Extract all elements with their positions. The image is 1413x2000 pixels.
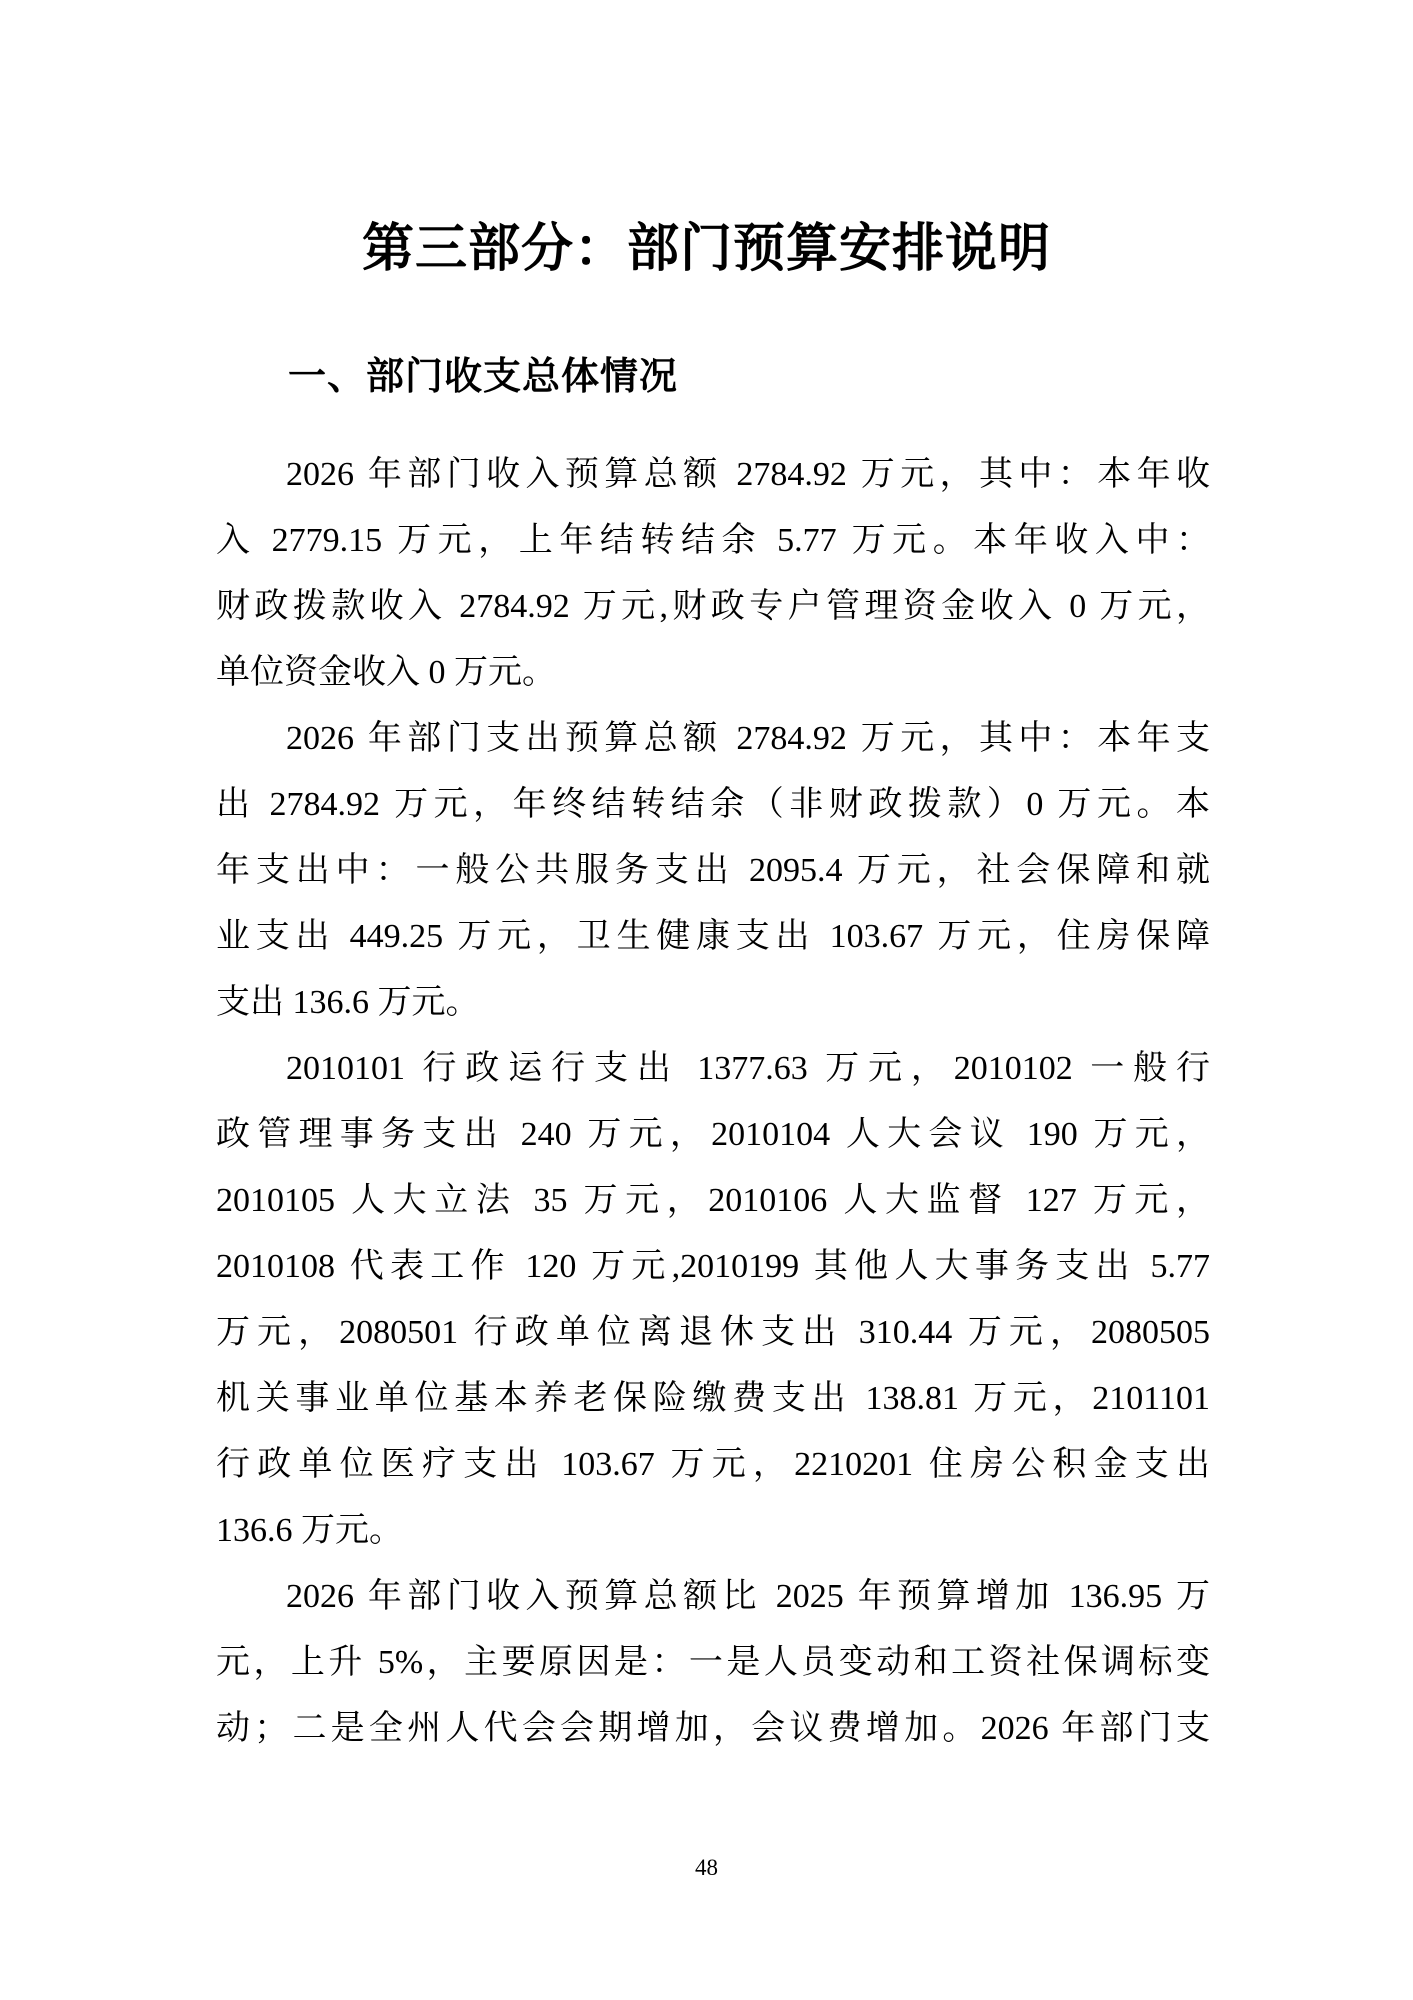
text-line: 出 2784.92 万元，年终结转结余（非财政拨款）0 万元。本	[216, 772, 1210, 838]
document-page: 第三部分：部门预算安排说明 一、部门收支总体情况 2026 年部门收入预算总额 …	[0, 0, 1413, 2000]
text-line: 入 2779.15 万元，上年结转结余 5.77 万元。本年收入中：	[216, 508, 1210, 574]
paragraph-budget-items: 2010101 行政运行支出 1377.63 万元，2010102 一般行 政管…	[216, 1036, 1210, 1564]
text-line: 2010105 人大立法 35 万元，2010106 人大监督 127 万元，	[216, 1168, 1210, 1234]
text-line: 年支出中：一般公共服务支出 2095.4 万元，社会保障和就	[216, 838, 1210, 904]
document-title: 第三部分：部门预算安排说明	[0, 218, 1413, 280]
text-line: 动；二是全州人代会会期增加，会议费增加。2026 年部门支	[216, 1696, 1210, 1762]
text-line: 2026 年部门收入预算总额比 2025 年预算增加 136.95 万	[216, 1564, 1210, 1630]
text-line: 2026 年部门收入预算总额 2784.92 万元，其中：本年收	[216, 442, 1210, 508]
paragraph-income-overview: 2026 年部门收入预算总额 2784.92 万元，其中：本年收 入 2779.…	[216, 442, 1210, 706]
paragraph-expenditure-overview: 2026 年部门支出预算总额 2784.92 万元，其中：本年支 出 2784.…	[216, 706, 1210, 1036]
text-line: 万元，2080501 行政单位离退休支出 310.44 万元，2080505	[216, 1300, 1210, 1366]
text-line: 2026 年部门支出预算总额 2784.92 万元，其中：本年支	[216, 706, 1210, 772]
text-line: 支出 136.6 万元。	[216, 970, 1210, 1036]
paragraph-yearly-comparison: 2026 年部门收入预算总额比 2025 年预算增加 136.95 万 元，上升…	[216, 1564, 1210, 1762]
text-line: 2010101 行政运行支出 1377.63 万元，2010102 一般行	[216, 1036, 1210, 1102]
page-number: 48	[0, 1855, 1413, 1881]
text-line: 机关事业单位基本养老保险缴费支出 138.81 万元，2101101	[216, 1366, 1210, 1432]
document-body: 2026 年部门收入预算总额 2784.92 万元，其中：本年收 入 2779.…	[216, 442, 1210, 1762]
text-line: 136.6 万元。	[216, 1498, 1210, 1564]
text-line: 业支出 449.25 万元，卫生健康支出 103.67 万元，住房保障	[216, 904, 1210, 970]
text-line: 元，上升 5%，主要原因是：一是人员变动和工资社保调标变	[216, 1630, 1210, 1696]
text-line: 行政单位医疗支出 103.67 万元，2210201 住房公积金支出	[216, 1432, 1210, 1498]
section-heading: 一、部门收支总体情况	[288, 354, 678, 400]
text-line: 单位资金收入 0 万元。	[216, 640, 1210, 706]
text-line: 2010108 代表工作 120 万元,2010199 其他人大事务支出 5.7…	[216, 1234, 1210, 1300]
text-line: 政管理事务支出 240 万元，2010104 人大会议 190 万元，	[216, 1102, 1210, 1168]
text-line: 财政拨款收入 2784.92 万元,财政专户管理资金收入 0 万元，	[216, 574, 1210, 640]
